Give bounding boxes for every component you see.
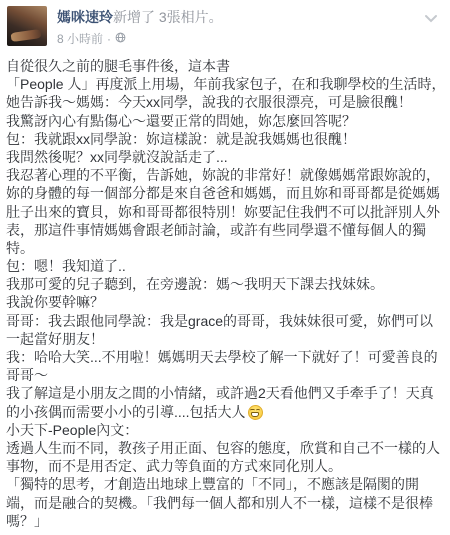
post-text-line-22: 透過人生而不同，教孩子用正面、包容的態度，欣賞和自己不一樣的人 — [6, 439, 448, 457]
post-action-text: 新增了 3張相片。 — [113, 9, 223, 25]
post-text-line-10: 表，那這件事情媽媽會跟老師討論，或許有些同學還不懂每個人的獨 — [6, 221, 448, 239]
post-text-line-20: 的小孩偶而需要小小的引導....包括大人 — [6, 403, 448, 421]
facebook-post: 媽咪速玲新增了 3張相片。 8 小時前 · — [0, 0, 450, 535]
post-text-line-24: 「獨特的思考，才創造出地球上豐富的「不同」，不應該是隔閡的開 — [6, 475, 448, 493]
post-title-line: 媽咪速玲新增了 3張相片。 — [57, 9, 410, 26]
post-text-line-9: 肚子出來的寶貝，妳和哥哥都很特別！妳要記住我們不可以批評別人外 — [6, 203, 448, 221]
avatar[interactable] — [7, 6, 47, 46]
grinning-face-emoji — [248, 405, 263, 420]
meta-separator: · — [107, 32, 111, 46]
post-text-line-8: 妳的身體的每一個部分都是來自爸爸和媽媽，而且妳和哥哥都是從媽媽 — [6, 184, 448, 202]
post-text-line-26: 嗎？」 — [6, 512, 448, 530]
post-text-line-1: 自從很久之前的腿毛事件後，這本書 — [6, 57, 448, 75]
post-text-line-3: 她告訴我～媽媽：今天xx同學，說我的衣服很漂亮，可是臉很醜！ — [6, 93, 448, 111]
timestamp-link[interactable]: 8 小時前 — [57, 30, 103, 47]
post-text-line-21: 小天下-People內文： — [6, 421, 448, 439]
post-text: 自從很久之前的腿毛事件後，這本書「People 人」再度派上用場，年前我家包子，… — [6, 57, 448, 530]
post-text-line-13: 我那可愛的兒子聽到，在旁邊說：媽～我明天下課去找妹妹。 — [6, 275, 448, 293]
post-text-line-2: 「People 人」再度派上用場，年前我家包子，在和我聊學校的生活時， — [6, 75, 448, 93]
post-text-line-5: 包：我就跟xx同學說：妳這樣說：就是說我媽媽也很醜！ — [6, 130, 448, 148]
post-text-line-23: 事物，而不是用否定、武力等負面的方式來同化別人。 — [6, 457, 448, 475]
post-text-line-15: 哥哥：我去跟他同學說：我是grace的哥哥，我妹妹很可愛，妳們可以 — [6, 312, 448, 330]
post-text-line-16: 一起當好朋友！ — [6, 330, 448, 348]
post-text-line-18: 哥哥～ — [6, 366, 448, 384]
chevron-down-icon[interactable] — [424, 10, 438, 28]
post-text-line-25: 端，而是融合的契機。「我們每一個人都和別人不一樣，這樣不是很棒 — [6, 494, 448, 512]
user-name-link[interactable]: 媽咪速玲 — [57, 9, 113, 25]
globe-icon — [115, 32, 126, 46]
post-header: 媽咪速玲新增了 3張相片。 8 小時前 · — [0, 0, 450, 54]
post-text-line-11: 特。 — [6, 239, 448, 257]
post-text-line-6: 我問然後呢？xx同學就沒說話走了... — [6, 148, 448, 166]
post-header-text: 媽咪速玲新增了 3張相片。 8 小時前 · — [57, 9, 410, 47]
post-text-line-17: 我：哈哈大笑...不用啦！媽媽明天去學校了解一下就好了！可愛善良的 — [6, 348, 448, 366]
post-text-line-4: 我驚訝內心有點傷心～還要正常的問她，妳怎麼回答呢？ — [6, 112, 448, 130]
post-meta-line: 8 小時前 · — [57, 30, 410, 47]
post-text-line-19: 我了解這是小朋友之間的小情緒，或許過2天看他們又手牽手了！天真 — [6, 384, 448, 402]
post-text-line-14: 我說你要幹嘛？ — [6, 293, 448, 311]
post-text-line-12: 包：嗯！我知道了.. — [6, 257, 448, 275]
post-text-line-7: 我忍著心理的不平衡，告訴她，妳說的非常好！就像媽媽常跟妳說的， — [6, 166, 448, 184]
avatar-photo-detail — [11, 29, 42, 42]
